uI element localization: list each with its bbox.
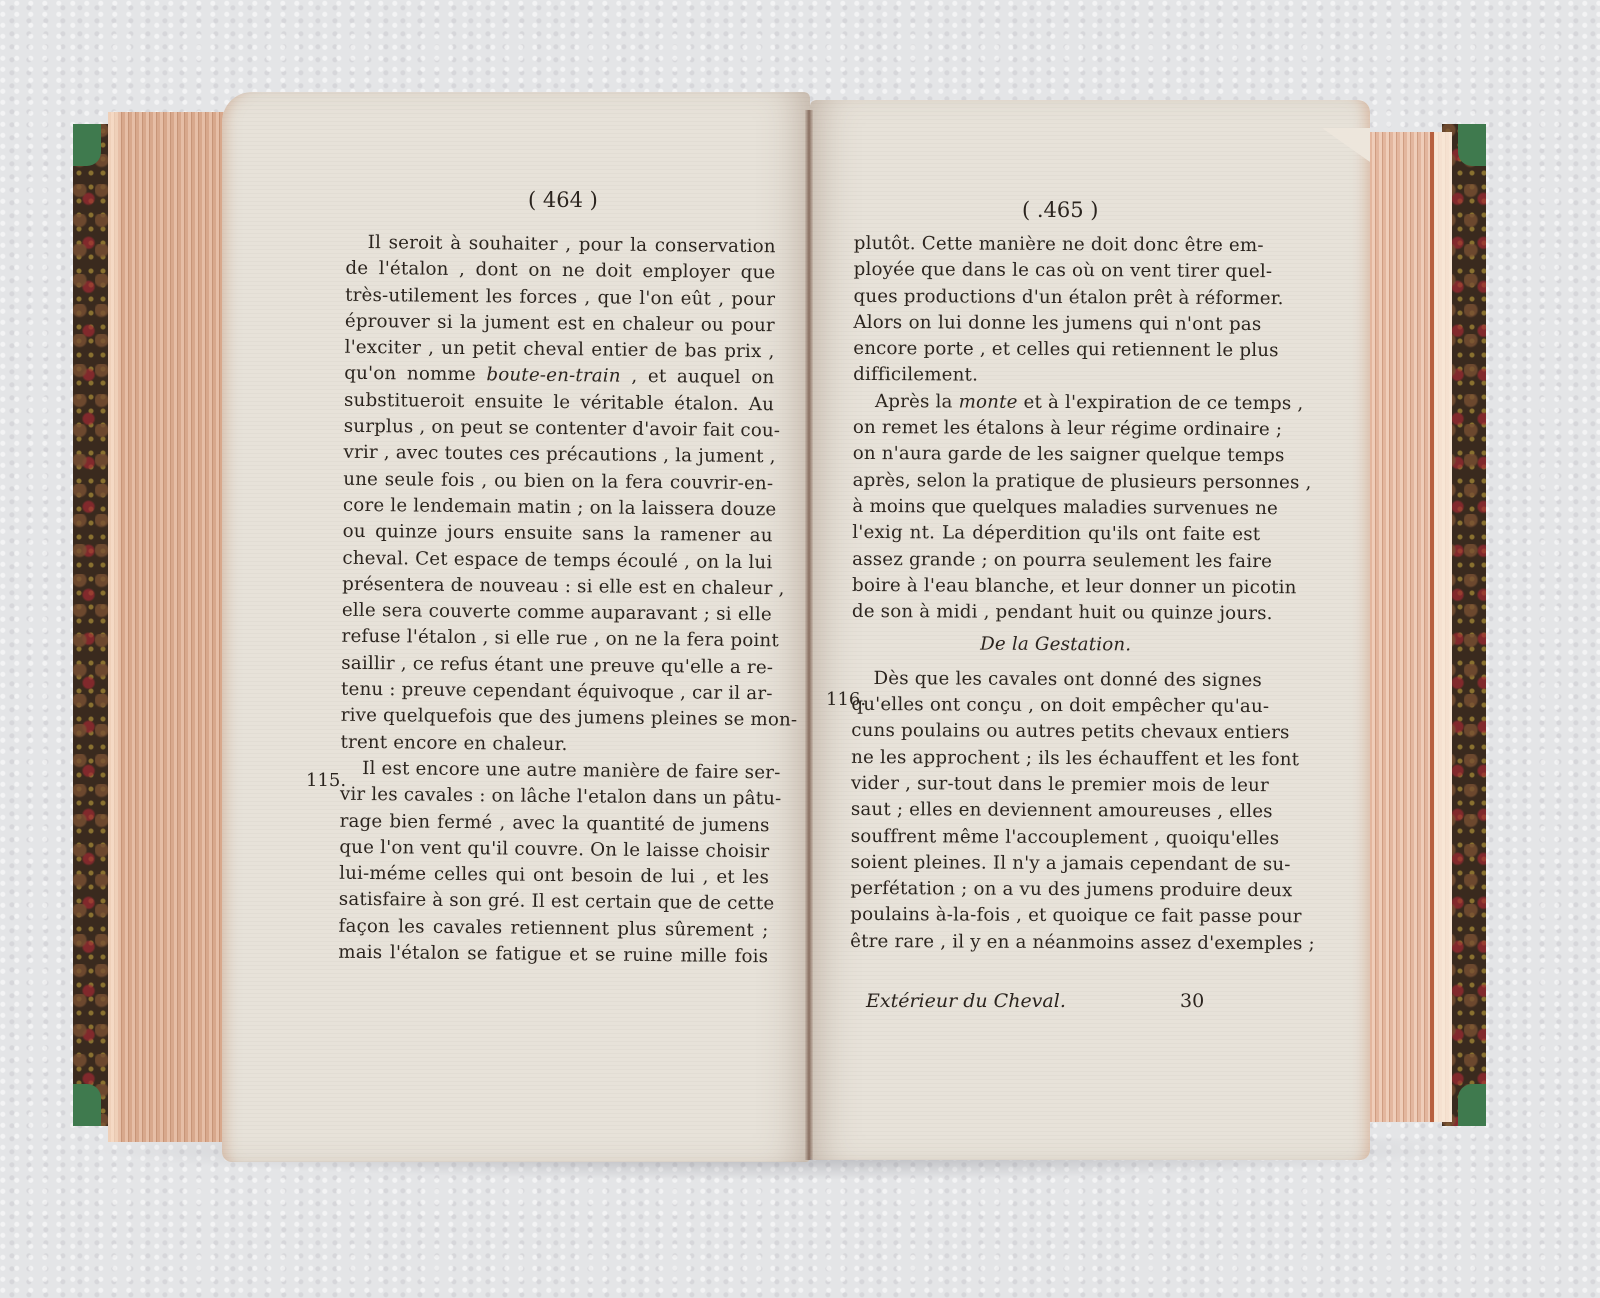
text-line: vir les cavales : on lâche l'etalon dans…	[340, 782, 770, 813]
text-line: rive quelquefois que des jumens pleines …	[341, 703, 771, 734]
text-line: satisfaire à son gré. Il est certain que…	[339, 887, 769, 918]
text-line: mais l'étalon se fatigue et se ruine mil…	[338, 940, 768, 971]
text-line: boire à l'eau blanche, et leur donner un…	[852, 573, 1260, 601]
text-line: Dès que les cavales ont donné des signes	[851, 666, 1259, 694]
page-number-left: ( 464 )	[528, 188, 598, 212]
left-page-body: Il seroit à souhaiter , pour la conserva…	[338, 230, 776, 971]
text-line: à moins que quelques maladies survenues …	[852, 494, 1260, 522]
text-line: vider , sur-tout dans le premier mois de…	[851, 771, 1259, 799]
text-line: encore porte , et celles qui retiennent …	[853, 336, 1261, 364]
text-line: perfétation ; on a vu des jumens produir…	[850, 876, 1258, 904]
section-heading: De la Gestation.	[852, 625, 1260, 667]
bottom-left-corner-leather	[73, 1084, 101, 1126]
text-line: soient pleines. Il n'y a jamais cependan…	[851, 850, 1259, 878]
text-line: souffrent même l'accouplement , quoiqu'e…	[851, 823, 1259, 851]
signature-title: Extérieur du Cheval.	[866, 990, 1066, 1012]
bottom-right-corner-leather	[1458, 1084, 1486, 1126]
top-left-corner-leather	[73, 124, 101, 166]
text-line: ne les approchent ; ils les échauffent e…	[851, 745, 1259, 773]
text-line: plutôt. Cette manière ne doit donc être …	[854, 231, 1262, 259]
text-line: on n'aura garde de les saigner quelque t…	[853, 441, 1261, 469]
text-line-italic-term: Après la monte et à l'expiration de ce t…	[853, 389, 1261, 417]
italic-term: boute-en-train	[486, 365, 621, 387]
text-line: difficilement.	[853, 362, 1261, 390]
top-right-corner-leather	[1458, 124, 1486, 166]
text-line: saut ; elles en deviennent amoureuses , …	[851, 797, 1259, 825]
right-page-body: plutôt. Cette manière ne doit donc être …	[850, 231, 1262, 957]
signature-number: 30	[1180, 990, 1204, 1012]
book-gutter	[805, 110, 813, 1160]
text-line: de son à midi , pendant huit ou quinze j…	[852, 599, 1260, 627]
text-line: assez grande ; on pourra seulement les f…	[852, 546, 1260, 574]
text-line: Alors on lui donne les jumens qui n'ont …	[853, 310, 1261, 338]
italic-term: monte	[959, 391, 1018, 412]
text-line: après, selon la pratique de plusieurs pe…	[853, 468, 1261, 496]
left-page-edges	[108, 112, 226, 1142]
text-line: ou quinze jours ensuite sans la ramener …	[343, 519, 773, 550]
text-line: cuns poulains ou autres petits chevaux e…	[851, 718, 1259, 746]
text-line: ques productions d'un étalon prêt à réfo…	[853, 284, 1261, 312]
text-line: être rare , il y en a néanmoins assez d'…	[850, 929, 1258, 957]
text-line: on remet les étalons à leur régime ordin…	[853, 415, 1261, 443]
text-line: qu'elles ont conçu , on doit empêcher qu…	[851, 692, 1259, 720]
text-line: l'exig nt. La déperdition qu'ils ont fai…	[852, 520, 1260, 548]
text-line: vrir , avec toutes ces précautions , la …	[343, 440, 773, 471]
text-line: refuse l'étalon , si elle rue , on ne la…	[341, 624, 771, 655]
text-line: ployée que dans le cas où on vent tirer …	[854, 257, 1262, 285]
text-line: de l'étalon , dont on ne doit employer q…	[345, 256, 775, 287]
text-line: poulains à-la-fois , et quoique ce fait …	[850, 902, 1258, 930]
right-page-edges	[1362, 132, 1452, 1122]
page-number-right: ( .465 )	[1022, 198, 1099, 222]
open-book: ( 464 ) 115. Il seroit à souhaiter , pou…	[0, 0, 1600, 1298]
